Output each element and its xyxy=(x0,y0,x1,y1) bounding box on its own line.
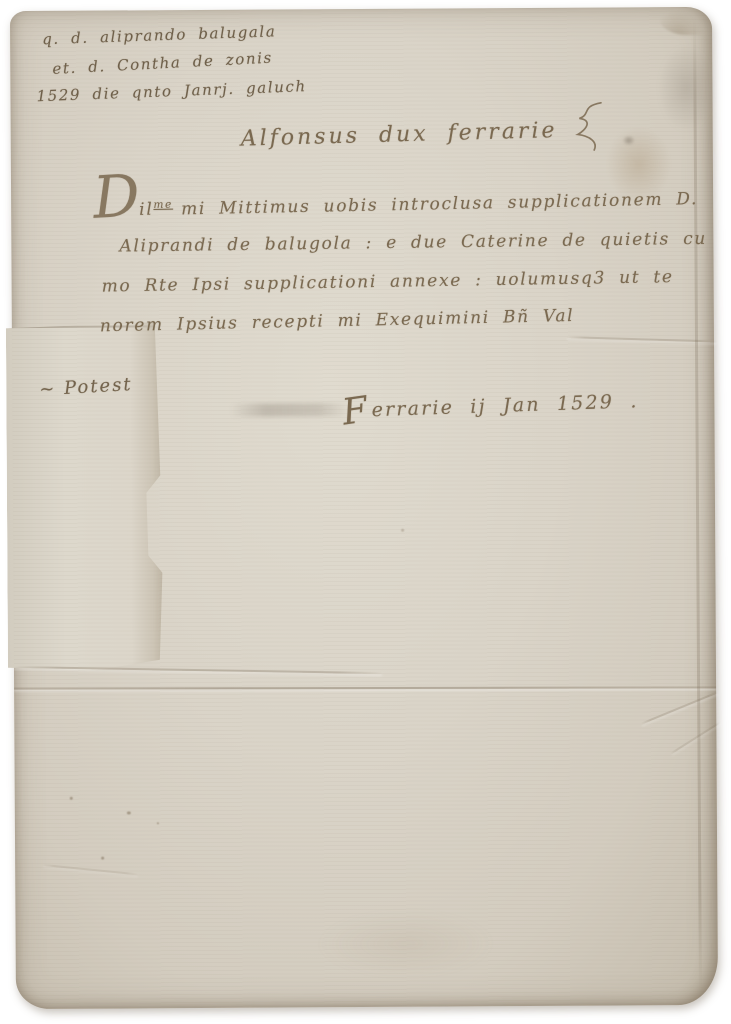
body-line-1: ilmemi Mittimus uobis introclusa supplic… xyxy=(139,188,698,220)
letter-body: D ilmemi Mittimus uobis introclusa suppl… xyxy=(10,7,712,11)
signature-line: Ferrarie ij Jan 1529 . xyxy=(342,381,639,432)
stain-spot xyxy=(315,908,495,979)
docket-line-3: 1529 die qnto Janrj. galuch xyxy=(36,77,307,105)
fold-crease xyxy=(43,864,138,875)
docket-line-2: et. d. Contha de zonis xyxy=(52,49,273,78)
paper-speck xyxy=(127,811,131,814)
bracket-flourish-icon xyxy=(571,100,609,159)
fold-crease xyxy=(693,17,702,992)
ink-bleedthrough xyxy=(230,403,348,417)
torn-corner xyxy=(660,9,706,35)
fold-crease xyxy=(14,666,382,674)
body-line-2: Aliprandi de balugola : e due Caterine d… xyxy=(119,229,707,257)
abbreviation-superscript: me xyxy=(153,199,173,211)
signature-initial: F xyxy=(340,389,373,433)
body-line-1-rest: mi Mittimus uobis introclusa supplicatio… xyxy=(181,189,698,219)
manuscript-photo: q. d. aliprando balugala et. d. Contha d… xyxy=(0,0,731,1024)
paper-speck xyxy=(70,797,73,800)
body-line-1-pre: il xyxy=(139,200,154,220)
fold-crease xyxy=(14,686,716,689)
paper-speck xyxy=(101,857,104,860)
fold-crease xyxy=(670,722,720,755)
paper-speck xyxy=(157,822,159,824)
stain-spot xyxy=(658,45,715,131)
signature-text: errarie ij Jan 1529 . xyxy=(371,390,639,421)
manuscript-page: q. d. aliprando balugala et. d. Contha d… xyxy=(10,7,718,1009)
paper-speck xyxy=(401,529,404,532)
drop-cap-initial: D xyxy=(91,161,141,232)
body-line-4: norem Ipsius recepti mi Exequimini Bñ Va… xyxy=(100,306,575,336)
fold-crease xyxy=(641,692,718,725)
paper-flap xyxy=(6,322,163,671)
stain-spot xyxy=(623,135,635,145)
body-line-3: mo Rte Ipsi supplicationi annexe : uolum… xyxy=(101,267,673,296)
heading-line: Alfonsus dux ferrarie xyxy=(240,100,608,168)
docket-line-1: q. d. aliprando balugala xyxy=(42,22,277,48)
heading-text: Alfonsus dux ferrarie xyxy=(240,118,557,152)
